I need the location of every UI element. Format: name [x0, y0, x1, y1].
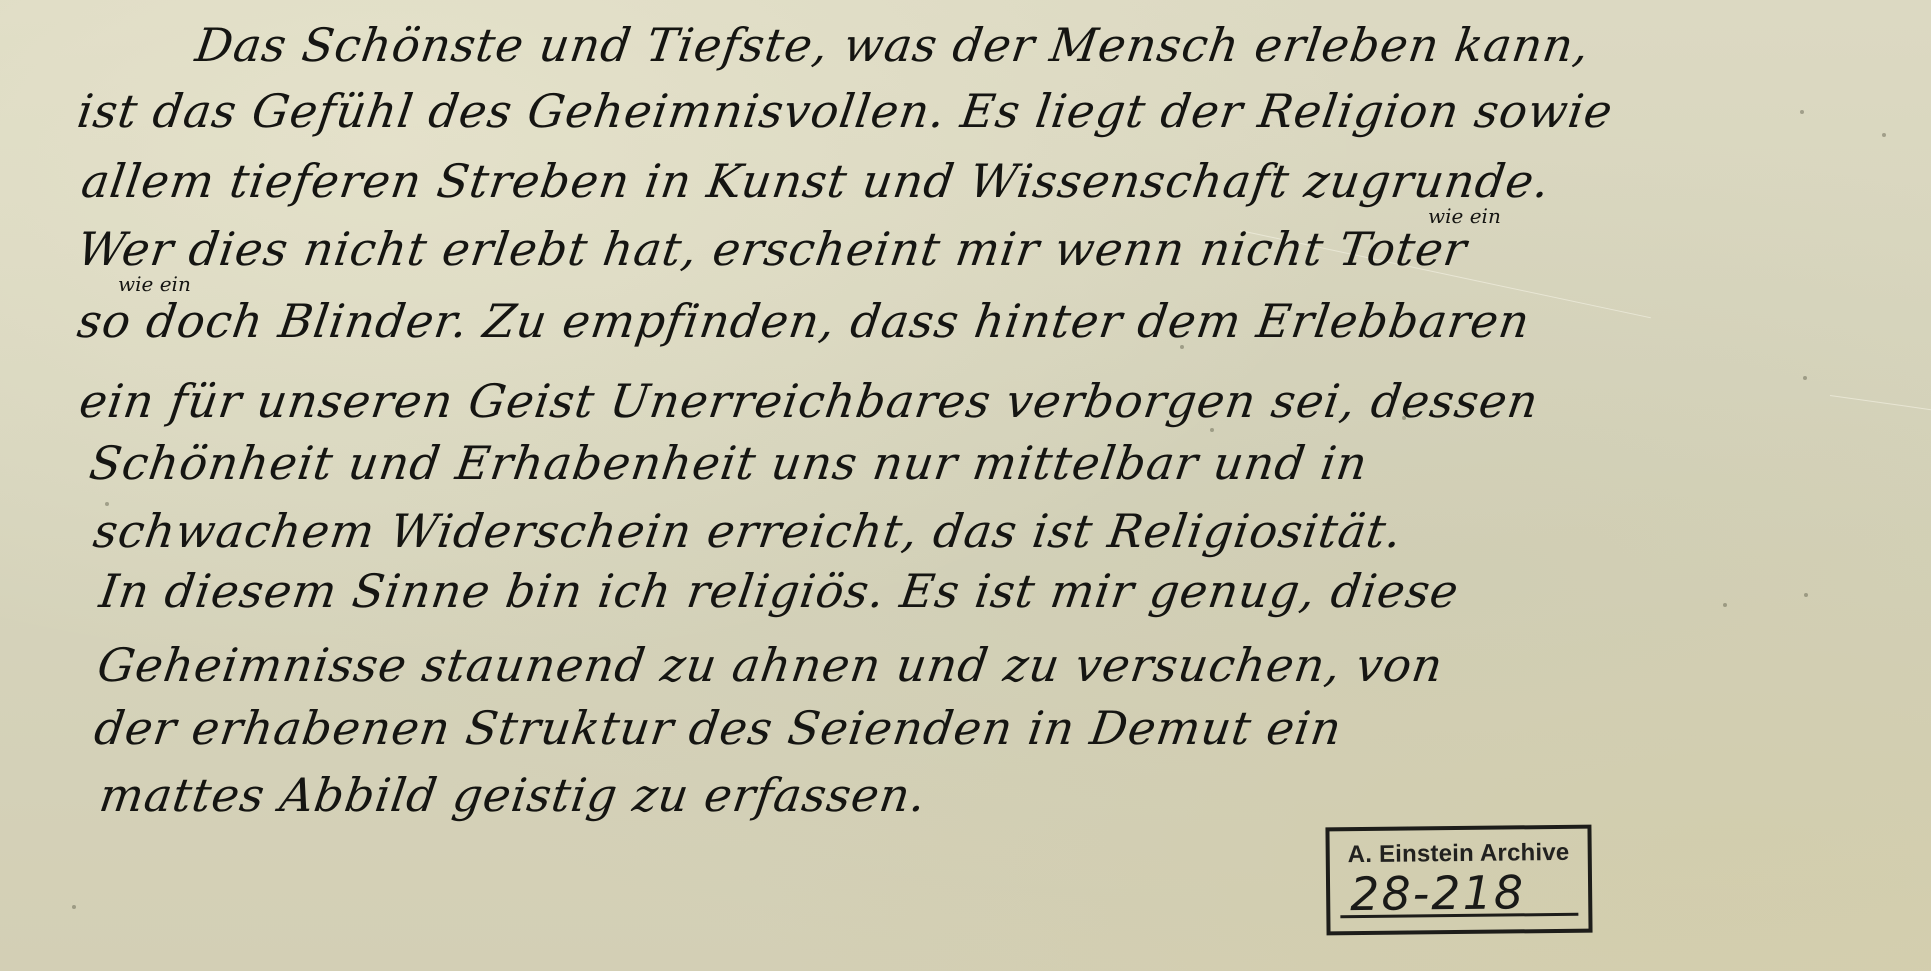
paper-speck: [72, 905, 76, 909]
insertion-wie-ein-upper: wie ein: [1428, 204, 1501, 228]
manuscript-line-1: Das Schönste und Tiefste, was der Mensch…: [193, 22, 1593, 68]
paper-speck: [1803, 376, 1807, 380]
archive-stamp: A. Einstein Archive 28-218: [1325, 825, 1592, 936]
manuscript-line-7: Schönheit und Erhabenheit uns nur mittel…: [87, 440, 1371, 486]
paper-speck: [1882, 133, 1886, 137]
manuscript-line-2: ist das Gefühl des Geheimnisvollen. Es l…: [75, 88, 1616, 134]
manuscript-line-3: allem tieferen Streben in Kunst und Wiss…: [79, 158, 1553, 204]
manuscript-page: Das Schönste und Tiefste, was der Mensch…: [0, 0, 1931, 971]
insertion-wie-ein-lower: wie ein: [118, 272, 191, 296]
manuscript-line-12: mattes Abbild geistig zu erfassen.: [97, 772, 930, 818]
paper-crease: [1830, 395, 1931, 432]
manuscript-line-8: schwachem Widerschein erreicht, das ist …: [91, 508, 1405, 554]
manuscript-line-4: Wer dies nicht erlebt hat, erscheint mir…: [75, 226, 1470, 272]
manuscript-line-5: so doch Blinder. Zu empfinden, dass hint…: [75, 298, 1533, 344]
paper-speck: [1210, 428, 1214, 432]
paper-speck: [1804, 593, 1808, 597]
paper-speck: [1800, 110, 1804, 114]
paper-speck: [1723, 603, 1727, 607]
archive-stamp-title: A. Einstein Archive: [1348, 839, 1570, 869]
manuscript-line-10: Geheimnisse staunend zu ahnen und zu ver…: [95, 642, 1446, 688]
manuscript-line-6: ein für unseren Geist Unerreichbares ver…: [77, 378, 1542, 424]
manuscript-line-11: der erhabenen Struktur des Seienden in D…: [92, 705, 1345, 751]
manuscript-line-9: In diesem Sinne bin ich religiös. Es ist…: [97, 568, 1462, 614]
